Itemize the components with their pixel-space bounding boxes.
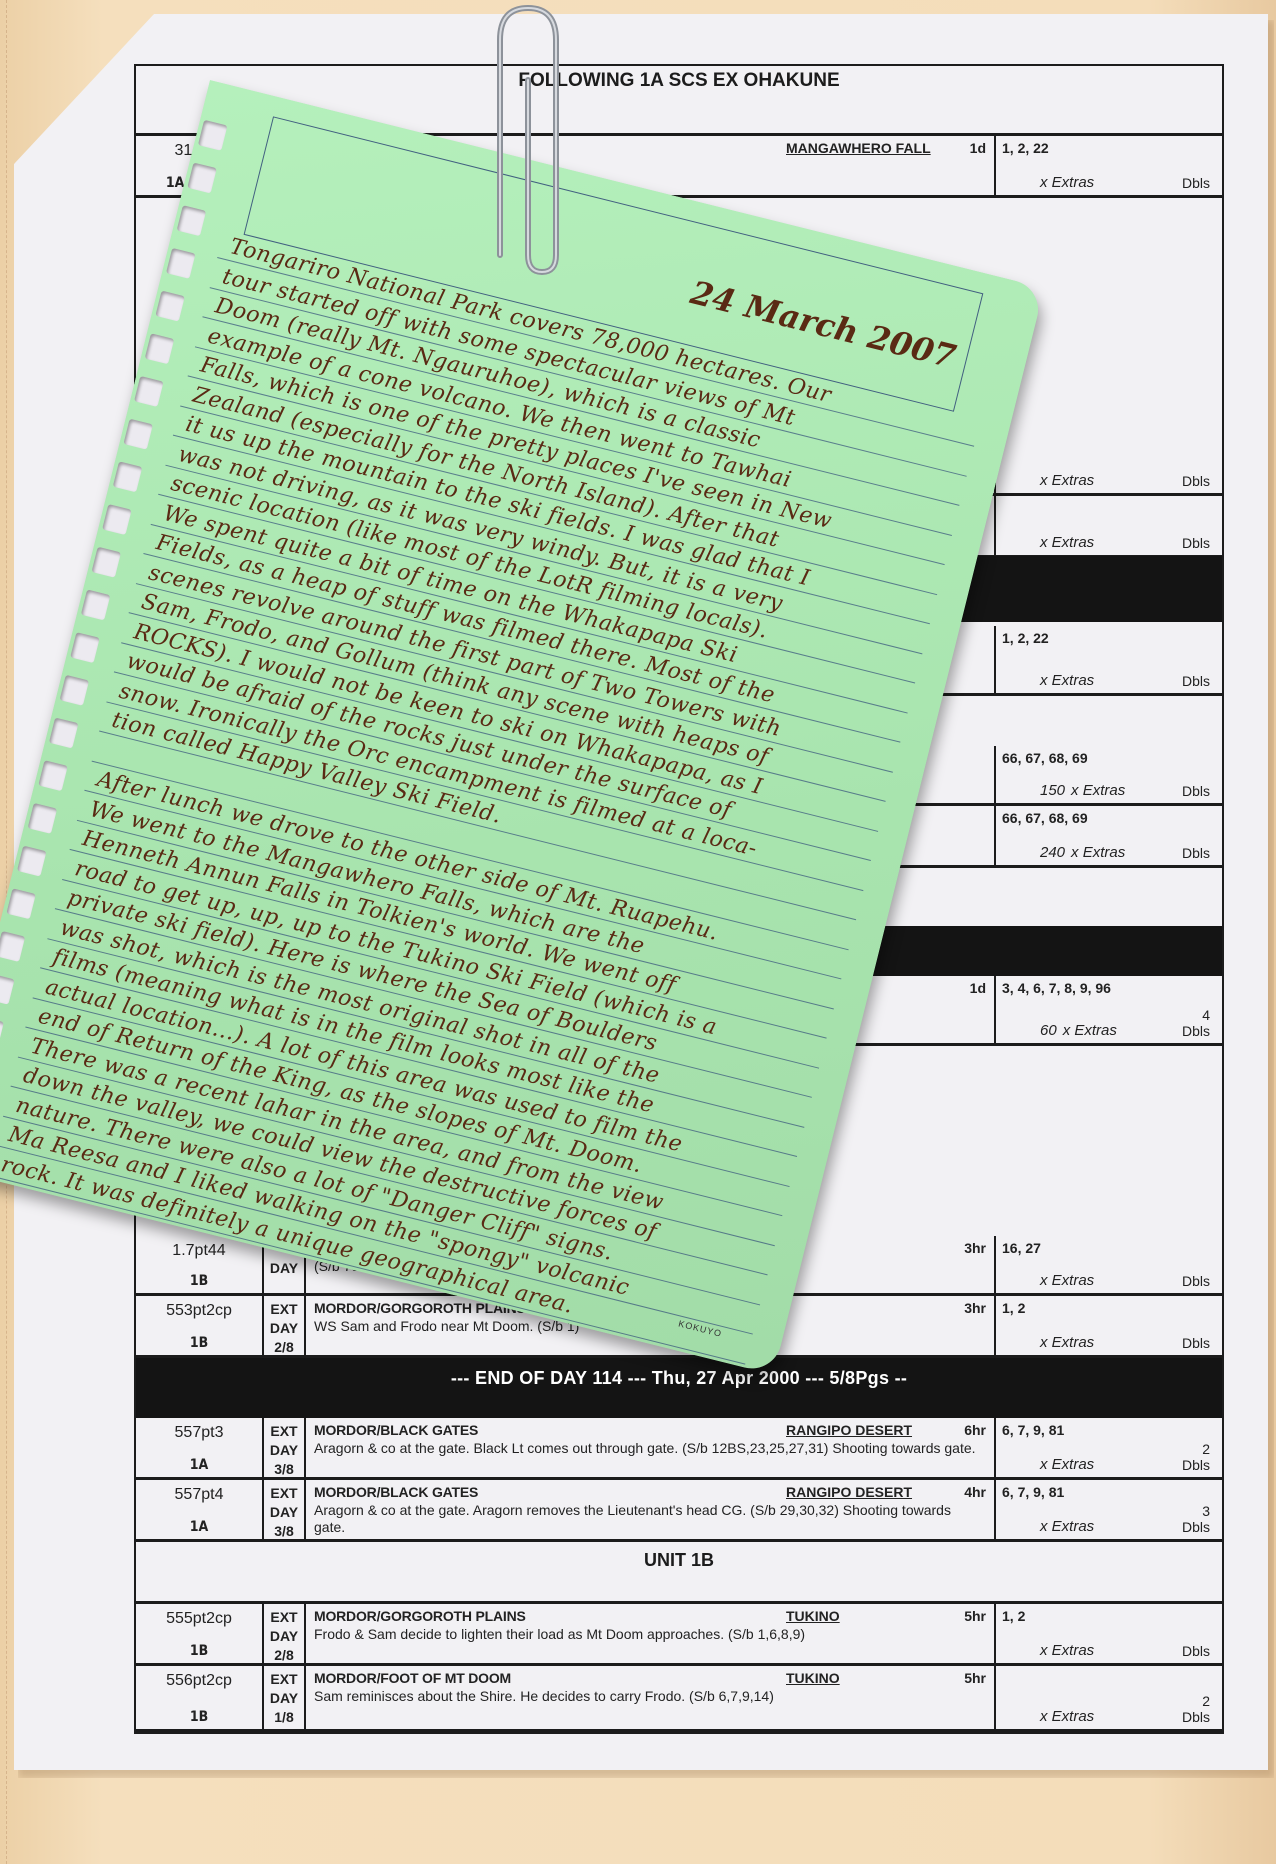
scene-row: 556pt2cp1BEXT DAY 1/8MORDOR/FOOT OF MT D…: [136, 1666, 1222, 1732]
int-ext-day-pages: EXT DAY 3/8: [264, 1484, 304, 1541]
int-ext-day-pages: EXT DAY 3/8: [264, 1422, 304, 1479]
scene-number: 557pt3: [136, 1424, 262, 1442]
duration: 5hr: [964, 1670, 986, 1686]
duration: 1d: [970, 140, 986, 156]
binder-hole: [70, 632, 100, 663]
scene-number: 1.7pt44: [136, 1242, 262, 1260]
doubles-count: Dbls: [1182, 783, 1210, 799]
scene-unit: 1B: [136, 1643, 262, 1659]
description-cell: MORDOR/FOOT OF MT DOOMTUKINO5hrSam remin…: [306, 1666, 996, 1729]
int-ext-cell: EXT DAY 2/8: [264, 1604, 306, 1663]
extras-count: x Extras: [1040, 1456, 1094, 1473]
scene-description: Aragorn & co at the gate. Aragorn remove…: [314, 1502, 984, 1536]
scene-cell: 557pt41A: [136, 1480, 264, 1539]
end-of-day-bar: --- END OF DAY 114 --- Thu, 27 Apr 2000 …: [136, 1358, 1222, 1418]
int-ext-day-pages: EXT DAY 2/8: [264, 1608, 304, 1665]
scene-description: Sam reminisces about the Shire. He decid…: [314, 1688, 984, 1705]
binder-hole: [113, 461, 143, 492]
extras-label: x Extras: [1040, 1272, 1094, 1289]
description-cell: MORDOR/BLACK GATESRANGIPO DESERT4hrArago…: [306, 1480, 996, 1539]
paper-clip-icon: [470, 0, 590, 280]
doubles-count: Dbls: [1182, 1335, 1210, 1351]
binder-hole: [38, 760, 68, 791]
extras-label: x Extras: [1040, 534, 1094, 551]
extras-count: 60x Extras: [1040, 1022, 1117, 1039]
cast-cell: 3, 4, 6, 7, 8, 9, 9660x Extras4 Dbls: [996, 976, 1222, 1043]
extras-count: x Extras: [1040, 1642, 1094, 1659]
extras-count: x Extras: [1040, 672, 1094, 689]
binder-hole: [134, 376, 164, 407]
int-ext-cell: EXT DAY 2/8: [264, 1296, 306, 1355]
scene-number: 553pt2cp: [136, 1302, 262, 1320]
binder-hole: [60, 675, 90, 706]
cast-cell: x ExtrasDbls: [996, 496, 1222, 555]
set-name: MORDOR/GORGOROTH PLAINS: [314, 1608, 526, 1624]
extras-label: x Extras: [1040, 672, 1094, 689]
scene-row: 557pt41AEXT DAY 3/8MORDOR/BLACK GATESRAN…: [136, 1480, 1222, 1542]
extras-number: 240: [1040, 844, 1065, 861]
extras-count: 150x Extras: [1040, 782, 1125, 799]
scene-description: Frodo & Sam decide to lighten their load…: [314, 1626, 984, 1643]
cast-cell: 1, 2x ExtrasDbls: [996, 1296, 1222, 1355]
cast-list: 16, 27: [1002, 1240, 1041, 1256]
extras-label: x Extras: [1071, 844, 1125, 861]
extras-count: x Extras: [1040, 1518, 1094, 1535]
cast-list: 66, 67, 68, 69: [1002, 750, 1088, 766]
cast-cell: 16, 27x ExtrasDbls: [996, 1236, 1222, 1293]
set-name: MORDOR/BLACK GATES: [314, 1422, 478, 1438]
binder-hole: [6, 888, 36, 919]
location-name: TUKINO: [786, 1670, 840, 1686]
binder-hole: [198, 120, 228, 151]
cast-cell: x Extras2 Dbls: [996, 1666, 1222, 1729]
binder-hole: [177, 205, 207, 236]
doubles-count: 2 Dbls: [1182, 1441, 1210, 1473]
binder-hole: [49, 717, 79, 748]
duration: 4hr: [964, 1484, 986, 1500]
extras-label: x Extras: [1040, 472, 1094, 489]
binder-hole: [0, 974, 15, 1005]
extras-count: x Extras: [1040, 1272, 1094, 1289]
int-ext-day-pages: EXT DAY 1/8: [264, 1670, 304, 1727]
extras-label: x Extras: [1040, 1334, 1094, 1351]
binder-hole: [91, 547, 121, 578]
cast-cell: 66, 67, 68, 69240x ExtrasDbls: [996, 806, 1222, 865]
cast-list: 6, 7, 9, 81: [1002, 1484, 1064, 1500]
extras-label: x Extras: [1040, 1642, 1094, 1659]
duration: 3hr: [964, 1240, 986, 1256]
binder-hole: [155, 291, 185, 322]
cast-cell: 1, 2x ExtrasDbls: [996, 1604, 1222, 1663]
cast-list: 1, 2: [1002, 1608, 1025, 1624]
call-sheet-title: FOLLOWING 1A SCS EX OHAKUNE: [136, 70, 1222, 92]
scene-unit: 1B: [136, 1709, 262, 1725]
extras-count: x Extras: [1040, 472, 1094, 489]
description-cell: MORDOR/GORGOROTH PLAINSTUKINO5hrFrodo & …: [306, 1604, 996, 1663]
cast-cell: 1, 2, 22x ExtrasDbls: [996, 136, 1222, 195]
int-ext-day-pages: EXT DAY 2/8: [264, 1300, 304, 1357]
binder-hole: [17, 846, 47, 877]
binder-hole: [0, 1016, 4, 1047]
extras-count: x Extras: [1040, 534, 1094, 551]
location-name: MANGAWHERO FALL: [786, 140, 931, 156]
doubles-count: 4 Dbls: [1182, 1007, 1210, 1039]
extras-number: 150: [1040, 782, 1065, 799]
doubles-count: Dbls: [1182, 473, 1210, 489]
doubles-count: 3 Dbls: [1182, 1503, 1210, 1535]
scene-row: 557pt31AEXT DAY 3/8MORDOR/BLACK GATESRAN…: [136, 1418, 1222, 1480]
extras-label: x Extras: [1040, 174, 1094, 191]
location-name: RANGIPO DESERT: [786, 1484, 912, 1500]
doubles-count: 2 Dbls: [1182, 1693, 1210, 1725]
scene-cell: 1.7pt441B: [136, 1236, 264, 1293]
int-ext-cell: EXT DAY 1/8: [264, 1666, 306, 1729]
scene-cell: 553pt2cp1B: [136, 1296, 264, 1355]
cast-cell: x ExtrasDbls: [996, 436, 1222, 493]
cast-list: 6, 7, 9, 81: [1002, 1422, 1064, 1438]
scene-unit: 1B: [136, 1273, 262, 1289]
binder-hole: [81, 589, 111, 620]
cast-cell: 1, 2, 22x ExtrasDbls: [996, 626, 1222, 693]
unit-heading-row: UNIT 1B: [136, 1542, 1222, 1604]
extras-label: x Extras: [1040, 1518, 1094, 1535]
binder-hole: [102, 504, 132, 535]
binder-hole: [0, 931, 25, 962]
binder-hole: [187, 162, 217, 193]
scene-unit: 1A: [136, 1519, 262, 1535]
extras-number: 60: [1040, 1022, 1057, 1039]
scene-unit: 1B: [136, 1335, 262, 1351]
scene-cell: 555pt2cp1B: [136, 1604, 264, 1663]
scene-number: 557pt4: [136, 1486, 262, 1504]
doubles-count: Dbls: [1182, 1643, 1210, 1659]
scene-cell: 557pt31A: [136, 1418, 264, 1477]
duration: 1d: [970, 980, 986, 996]
unit-heading: UNIT 1B: [136, 1550, 1222, 1571]
extras-count: x Extras: [1040, 174, 1094, 191]
extras-count: x Extras: [1040, 1708, 1094, 1725]
description-cell: MORDOR/BLACK GATESRANGIPO DESERT6hrArago…: [306, 1418, 996, 1477]
scene-description: Aragorn & co at the gate. Black Lt comes…: [314, 1440, 984, 1457]
cast-list: 1, 2, 22: [1002, 630, 1049, 646]
set-name: MORDOR/FOOT OF MT DOOM: [314, 1670, 511, 1686]
duration: 3hr: [964, 1300, 986, 1316]
doubles-count: Dbls: [1182, 535, 1210, 551]
cast-list: 66, 67, 68, 69: [1002, 810, 1088, 826]
end-of-day-text: --- END OF DAY 114 --- Thu, 27 Apr 2000 …: [136, 1368, 1222, 1389]
extras-label: x Extras: [1040, 1456, 1094, 1473]
extras-label: x Extras: [1063, 1022, 1117, 1039]
extras-count: 240x Extras: [1040, 844, 1125, 861]
doubles-count: Dbls: [1182, 845, 1210, 861]
cast-list: 1, 2: [1002, 1300, 1025, 1316]
extras-label: x Extras: [1071, 782, 1125, 799]
extras-label: x Extras: [1040, 1708, 1094, 1725]
location-name: TUKINO: [786, 1608, 840, 1624]
doubles-count: Dbls: [1182, 673, 1210, 689]
int-ext-cell: EXT DAY 3/8: [264, 1480, 306, 1539]
location-name: RANGIPO DESERT: [786, 1422, 912, 1438]
binder-hole: [28, 803, 58, 834]
cast-list: 3, 4, 6, 7, 8, 9, 96: [1002, 980, 1111, 996]
set-name: MORDOR/BLACK GATES: [314, 1484, 478, 1500]
extras-count: x Extras: [1040, 1334, 1094, 1351]
int-ext-cell: EXT DAY 3/8: [264, 1418, 306, 1477]
doubles-count: Dbls: [1182, 1273, 1210, 1289]
scene-number: 556pt2cp: [136, 1672, 262, 1690]
duration: 6hr: [964, 1422, 986, 1438]
scene-unit: 1A: [136, 1457, 262, 1473]
scene-row: 555pt2cp1BEXT DAY 2/8MORDOR/GORGOROTH PL…: [136, 1604, 1222, 1666]
cast-cell: 6, 7, 9, 81x Extras3 Dbls: [996, 1480, 1222, 1539]
duration: 5hr: [964, 1608, 986, 1624]
binder-hole: [166, 248, 196, 279]
cast-cell: 66, 67, 68, 69150x ExtrasDbls: [996, 746, 1222, 803]
doubles-count: Dbls: [1182, 175, 1210, 191]
binder-hole: [123, 419, 153, 450]
cast-list: 1, 2, 22: [1002, 140, 1049, 156]
scene-cell: 556pt2cp1B: [136, 1666, 264, 1729]
scene-number: 555pt2cp: [136, 1610, 262, 1628]
cast-cell: 6, 7, 9, 81x Extras2 Dbls: [996, 1418, 1222, 1477]
binder-hole: [145, 333, 175, 364]
